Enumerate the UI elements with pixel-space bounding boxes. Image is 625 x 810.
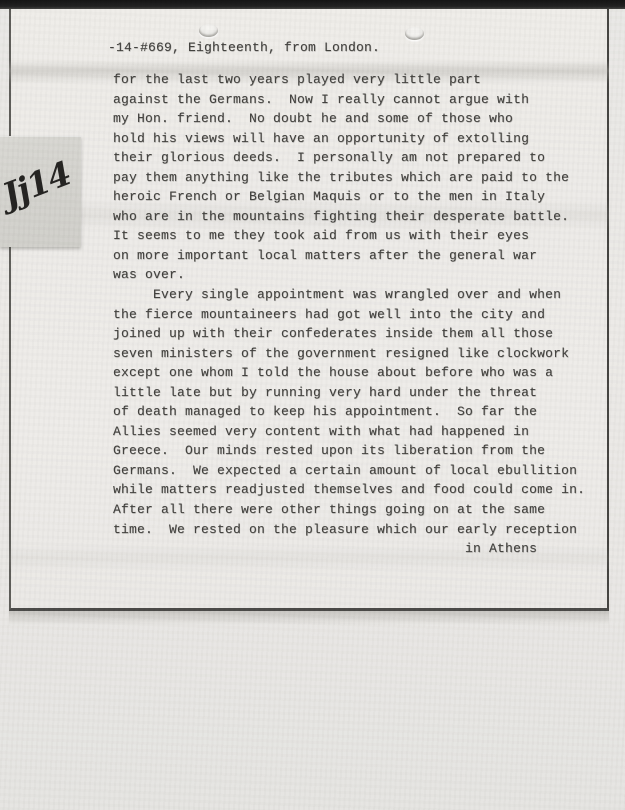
handwritten-annotation: Jj14 bbox=[0, 151, 84, 215]
typed-line: while matters readjusted themselves and … bbox=[113, 480, 585, 500]
typed-line: joined up with their confederates inside… bbox=[113, 324, 585, 344]
typed-line: time. We rested on the pleasure which ou… bbox=[113, 520, 585, 540]
typed-line: my Hon. friend. No doubt he and some of … bbox=[113, 109, 585, 129]
scanned-page: -14-#669, Eighteenth, from London. for t… bbox=[0, 0, 625, 810]
page-bottom-shadow bbox=[9, 611, 609, 625]
typed-line: heroic French or Belgian Maquis or to th… bbox=[113, 187, 585, 207]
scan-edge-bar bbox=[0, 0, 625, 9]
typed-line: the fierce mountaineers had got well int… bbox=[113, 305, 585, 325]
typed-line: Greece. Our minds rested upon its libera… bbox=[113, 441, 585, 461]
typed-line: of death managed to keep his appointment… bbox=[113, 402, 585, 422]
typed-line: against the Germans. Now I really cannot… bbox=[113, 90, 585, 110]
typed-line: their glorious deeds. I personally am no… bbox=[113, 148, 585, 168]
typed-line: except one whom I told the house about b… bbox=[113, 363, 585, 383]
typed-line: little late but by running very hard und… bbox=[113, 383, 585, 403]
typed-line: Allies seemed very content with what had… bbox=[113, 422, 585, 442]
typed-line: in Athens bbox=[113, 539, 585, 559]
punch-hole-icon bbox=[405, 27, 424, 40]
document-body: for the last two years played very littl… bbox=[113, 70, 585, 559]
typed-line: pay them anything like the tributes whic… bbox=[113, 168, 585, 188]
typed-line: It seems to me they took aid from us wit… bbox=[113, 226, 585, 246]
typed-line: seven ministers of the government resign… bbox=[113, 344, 585, 364]
typed-line: who are in the mountains fighting their … bbox=[113, 207, 585, 227]
typed-line: hold his views will have an opportunity … bbox=[113, 129, 585, 149]
document-header: -14-#669, Eighteenth, from London. bbox=[108, 40, 380, 55]
typed-line: After all there were other things going … bbox=[113, 500, 585, 520]
sticky-note-tab: Jj14 bbox=[0, 136, 81, 247]
typed-line: on more important local matters after th… bbox=[113, 246, 585, 266]
typed-line: Every single appointment was wrangled ov… bbox=[113, 285, 585, 305]
typed-line: Germans. We expected a certain amount of… bbox=[113, 461, 585, 481]
punch-hole-icon bbox=[199, 24, 218, 37]
typed-line: was over. bbox=[113, 265, 585, 285]
typed-line: for the last two years played very littl… bbox=[113, 70, 585, 90]
